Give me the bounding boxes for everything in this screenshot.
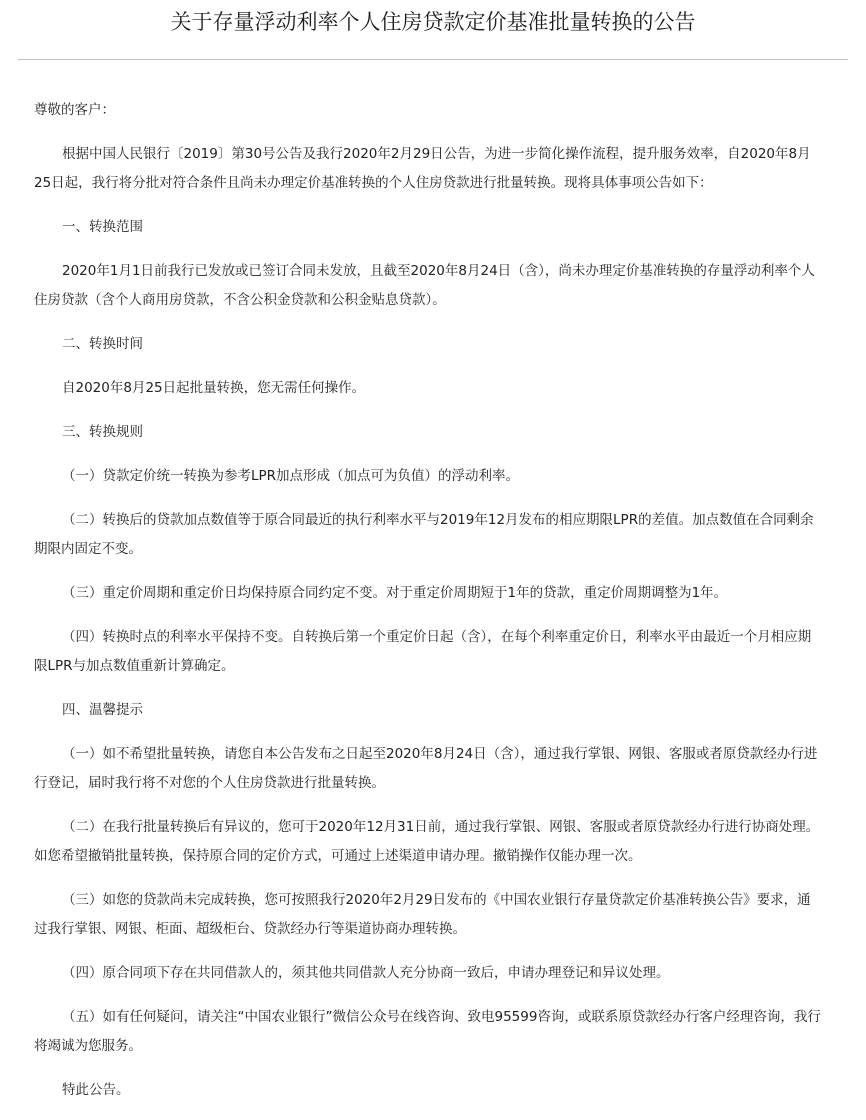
section-heading-time: 二、转换时间: [34, 330, 824, 359]
greeting: 尊敬的客户：: [34, 96, 824, 125]
section-heading-tips: 四、温馨提示: [34, 696, 824, 725]
closing: 特此公告。: [34, 1076, 824, 1105]
section-heading-scope: 一、转换范围: [34, 213, 824, 242]
tip-item-2: （二）在我行批量转换后有异议的，您可于2020年12月31日前，通过我行掌银、网…: [34, 813, 824, 871]
scope-paragraph: 2020年1月1日前我行已发放或已签订合同未发放，且截至2020年8月24日（含…: [34, 257, 824, 315]
tip-item-5: （五）如有任何疑问，请关注“中国农业银行”微信公众号在线咨询、致电95599咨询…: [34, 1003, 824, 1061]
rule-item-3: （三）重定价周期和重定价日均保持原合同约定不变。对于重定价周期短于1年的贷款，重…: [34, 579, 824, 608]
tip-item-1: （一）如不希望批量转换，请您自本公告发布之日起至2020年8月24日（含），通过…: [34, 740, 824, 798]
rule-item-2: （二）转换后的贷款加点数值等于原合同最近的执行利率水平与2019年12月发布的相…: [34, 506, 824, 564]
time-paragraph: 自2020年8月25日起批量转换，您无需任何操作。: [34, 374, 824, 403]
rule-item-4: （四）转换时点的利率水平保持不变。自转换后第一个重定价日起（含），在每个利率重定…: [34, 623, 824, 681]
rule-item-1: （一）贷款定价统一转换为参考LPR加点形成（加点可为负值）的浮动利率。: [34, 462, 824, 491]
page-title: 关于存量浮动利率个人住房贷款定价基准批量转换的公告: [0, 6, 866, 36]
section-heading-rules: 三、转换规则: [34, 418, 824, 447]
announcement-body: 尊敬的客户： 根据中国人民银行〔2019〕第30号公告及我行2020年2月29日…: [34, 96, 824, 1105]
tip-item-3: （三）如您的贷款尚未完成转换，您可按照我行2020年2月29日发布的《中国农业银…: [34, 886, 824, 944]
title-divider: [18, 59, 848, 60]
tip-item-4: （四）原合同项下存在共同借款人的，须其他共同借款人充分协商一致后，申请办理登记和…: [34, 959, 824, 988]
intro-paragraph: 根据中国人民银行〔2019〕第30号公告及我行2020年2月29日公告，为进一步…: [34, 140, 824, 198]
